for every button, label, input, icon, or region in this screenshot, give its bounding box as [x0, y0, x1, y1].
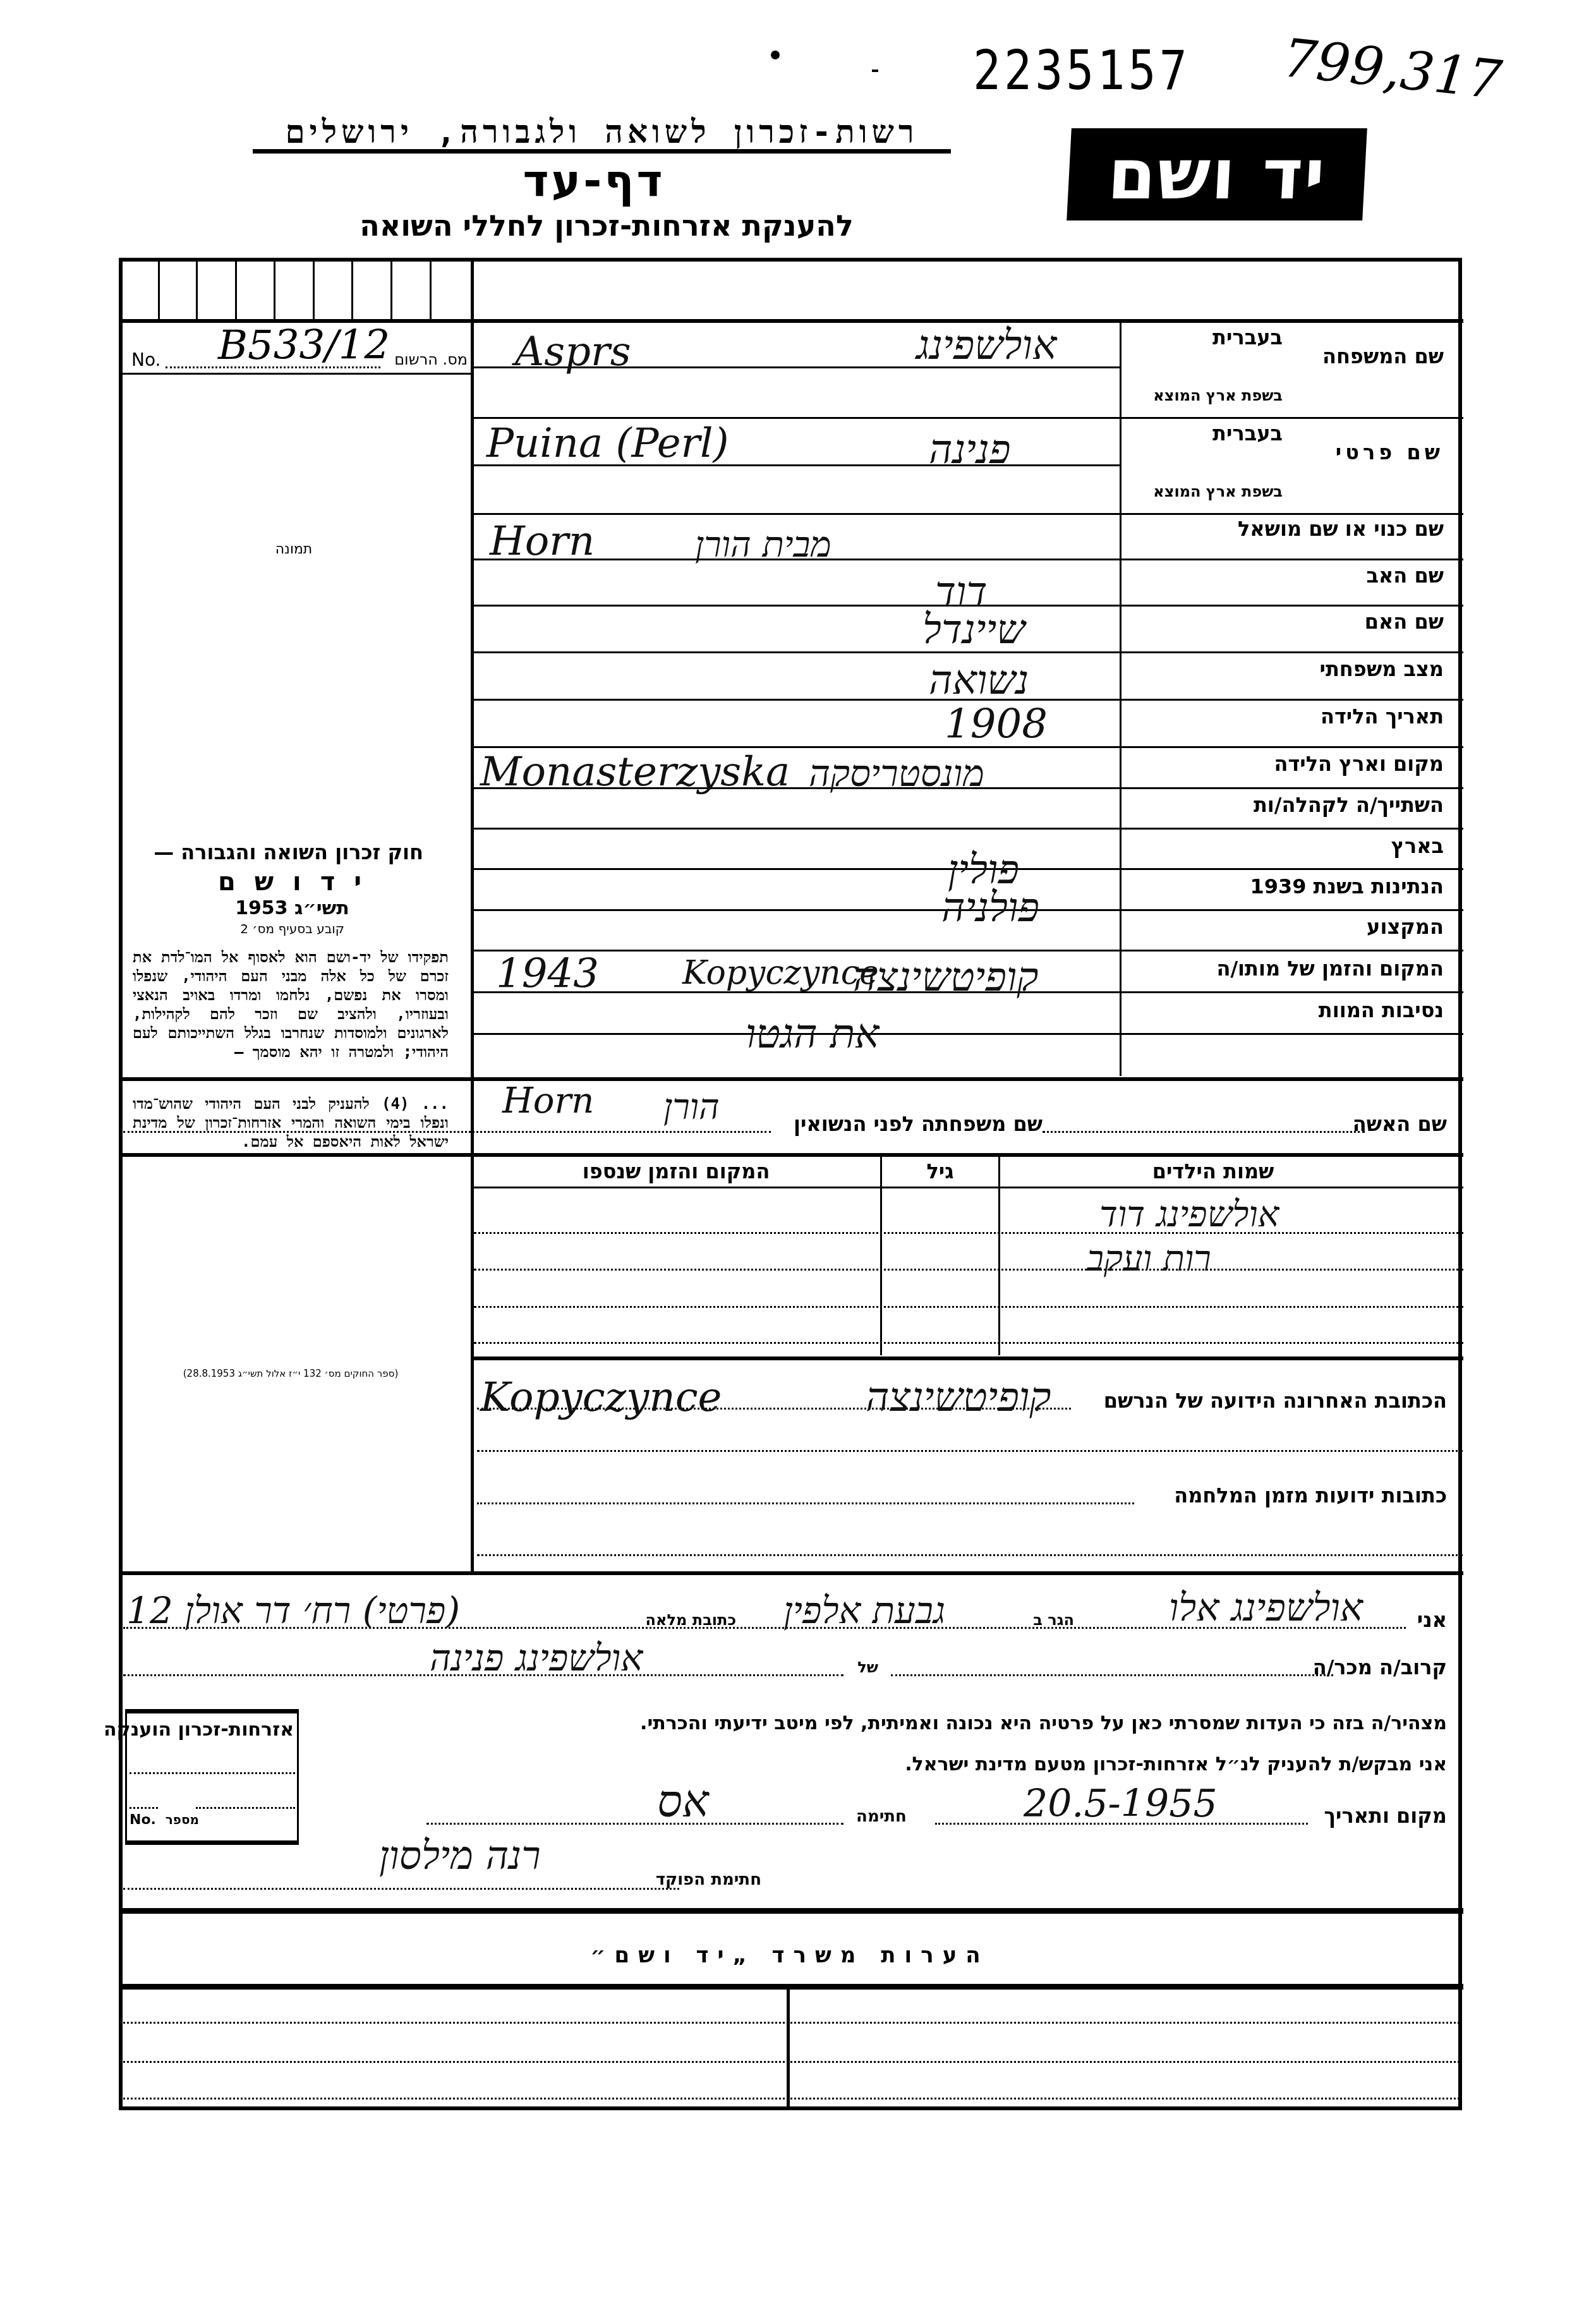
- first-name-origin-value[interactable]: Puina (Perl): [487, 420, 729, 467]
- wife-label: שם האשה: [1365, 1112, 1447, 1136]
- nickname-label: שם כנוי או שם מושאל: [1131, 517, 1444, 541]
- residence-1939-label: הנתינות בשנת 1939: [1131, 874, 1444, 898]
- strip-box-line: [430, 260, 432, 320]
- first-name-sub-hebrew: בעברית: [1137, 421, 1283, 445]
- death-circumstances-label: נסיבות המוות: [1131, 998, 1444, 1022]
- relative-label: קרוב/ה מכר/ה: [1333, 1655, 1447, 1679]
- request-text: אני מבקש/ת להעניק לנ״ל אזרחות-זכרון מטעם…: [834, 1753, 1447, 1775]
- official-signature-dots: [123, 1888, 679, 1890]
- mother-name-label: שם האם: [1131, 610, 1444, 634]
- nickname-hebrew-value[interactable]: מבית הורן: [695, 524, 831, 565]
- maiden-dots: [123, 1131, 771, 1133]
- birth-place-latin-value[interactable]: Monasterzyska: [480, 749, 790, 795]
- left-col-divider: [471, 258, 474, 1572]
- death-place-hebrew-value[interactable]: קופיטשינצה: [853, 954, 1039, 1001]
- marital-status-label: מצב משפחתי: [1131, 657, 1444, 681]
- children-row-line: [474, 1269, 1463, 1271]
- statement-text: מצהיר/ה בזה כי העדות שמסרתי כאן על פרטיה…: [524, 1712, 1447, 1734]
- birth-date-label: תאריך הלידה: [1131, 704, 1444, 728]
- profession-label: המקצוע: [1131, 915, 1444, 939]
- family-name-origin-value[interactable]: Asprs: [515, 329, 631, 375]
- law-section: קובע בסעיף מס׳ 2: [161, 921, 423, 936]
- marital-status-value[interactable]: נשואה: [929, 657, 1029, 704]
- children-row-line: [474, 1306, 1463, 1308]
- registry-row-bottom: [120, 373, 471, 375]
- logo-text: יד ושם: [1106, 134, 1328, 215]
- law-citation: (ספר החוקים מס׳ 132 י״ז אלול תשי״ג 28.8.…: [136, 1368, 445, 1379]
- of-value[interactable]: אולשפינג פנינה: [430, 1636, 643, 1679]
- family-name-hebrew-value[interactable]: אולשפינג: [916, 322, 1056, 369]
- row-sep: [474, 513, 1463, 515]
- country-label: בארץ: [1131, 834, 1444, 858]
- full-address-label: כתובת מלאה: [654, 1611, 736, 1629]
- wife-dots: [1043, 1131, 1365, 1133]
- strip-box-line: [351, 260, 353, 320]
- photo-placeholder-label: תמונה: [253, 541, 335, 557]
- wartime-address-label: כתובות ידועות מזמן המלחמה: [1137, 1483, 1447, 1507]
- death-year-value[interactable]: 1943: [496, 951, 599, 998]
- last-address-label: הכתובת האחרונה הידועה של הנרשם: [1074, 1389, 1447, 1413]
- death-place-latin-value[interactable]: Kopyczynce: [682, 954, 879, 992]
- law-paragraph-2: ... (4) להעניק לבני העם היהודי שהוש־מדו …: [133, 1094, 449, 1151]
- top-dash: [872, 69, 878, 72]
- citizenship-number-dots-2: [196, 1807, 295, 1809]
- children-header-place: המקום והזמן שנספו: [474, 1159, 878, 1183]
- last-address-dots-2: [477, 1450, 1463, 1452]
- signature-value[interactable]: אס: [657, 1775, 709, 1828]
- registry-no-label: No.: [131, 349, 160, 370]
- strip-box-line: [313, 260, 315, 320]
- citizenship-title: אזרחות-זכרון הוענקה: [130, 1719, 294, 1741]
- form-title: דף-עד: [442, 155, 746, 207]
- birth-place-label: מקום וארץ הלידה: [1131, 752, 1444, 776]
- of-label: של: [847, 1658, 878, 1676]
- section-sep-notes: [119, 1908, 1463, 1914]
- birth-date-value[interactable]: 1908: [945, 701, 1048, 748]
- law-name: י ד ו ש ם: [161, 867, 423, 897]
- maiden-hebrew-value[interactable]: הורן: [663, 1087, 720, 1128]
- yad-vashem-logo: יד ושם: [1067, 128, 1367, 221]
- family-name-sub-hebrew: בעברית: [1137, 325, 1283, 349]
- wartime-address-dots-2: [477, 1554, 1463, 1556]
- death-circumstances-value[interactable]: את הגטו: [746, 1011, 879, 1058]
- section-sep-address: [474, 1356, 1463, 1360]
- family-name-sub-origin: בשפת ארץ המוצא: [1137, 387, 1283, 404]
- birth-place-hebrew-value[interactable]: מונסטריסקה: [809, 752, 984, 795]
- last-address-hebrew-value[interactable]: קופיטשינצה: [866, 1374, 1051, 1421]
- child-name-1[interactable]: אולשפינג דוד: [1099, 1194, 1279, 1235]
- children-row-line: [474, 1232, 1463, 1234]
- notes-line: [123, 2061, 1460, 2063]
- section-sep-children: [119, 1153, 1463, 1157]
- last-address-latin-value[interactable]: Kopyczynce: [480, 1374, 722, 1421]
- signature-label: חתימה: [847, 1807, 907, 1826]
- notes-header-bottom: [119, 1984, 1463, 1990]
- children-header-bottom: [474, 1187, 1463, 1188]
- citizenship-no-label: No.: [130, 1812, 156, 1828]
- row-sep: [474, 828, 1463, 830]
- section-sep-declaration: [119, 1571, 1463, 1575]
- children-header-age: גיל: [883, 1159, 997, 1183]
- first-name-hebrew-value[interactable]: פנינה: [929, 426, 1010, 473]
- signature-dots: [426, 1823, 843, 1825]
- form-subtitle: להענקת אזרחות-זכרון לחללי השואה: [329, 208, 885, 243]
- law-title: חוק זכרון השואה והגבורה —: [161, 840, 423, 864]
- row-sep: [474, 559, 1463, 560]
- official-signature-label: חתימת הפוקד: [682, 1870, 761, 1889]
- row-sep: [474, 1033, 1463, 1035]
- registry-label: מס. הרשום: [382, 351, 468, 368]
- father-name-label: שם האב: [1131, 564, 1444, 588]
- first-name-sub-origin: בשפת ארץ המוצא: [1137, 483, 1283, 500]
- section-sep-wife: [119, 1077, 1463, 1081]
- mother-name-value[interactable]: שיינדל: [922, 607, 1025, 653]
- child-name-2[interactable]: רות ועקב: [1087, 1238, 1211, 1279]
- resident-label: הגר ב: [1017, 1611, 1074, 1629]
- resident-value[interactable]: גבעת אלפין: [783, 1589, 945, 1632]
- death-place-label: המקום והזמן של מותו/ה: [1131, 957, 1444, 981]
- citizenship-number-label: מספר: [161, 1812, 199, 1827]
- place-date-label: מקום ותאריך: [1308, 1804, 1447, 1828]
- strip-box-line: [196, 260, 198, 320]
- children-row-line: [474, 1342, 1463, 1344]
- notes-title: הערות משרד „יד ושם״: [556, 1943, 1024, 1968]
- wartime-address-dots: [477, 1502, 1134, 1504]
- community-label: השתייך/ה לקהלה/ות: [1131, 793, 1444, 817]
- notes-line: [123, 2098, 1460, 2099]
- top-mark: [771, 51, 780, 59]
- law-year: תשי״ג 1953: [161, 897, 423, 919]
- maiden-latin-value[interactable]: Horn: [502, 1080, 594, 1121]
- citizenship-number-dots: [130, 1807, 158, 1809]
- strip-box-line: [390, 260, 392, 320]
- full-address-value[interactable]: (פרטי) רח׳ דר אולן 12: [126, 1589, 460, 1632]
- children-header-names: שמות הילדים: [1001, 1159, 1425, 1183]
- residence-1939-value[interactable]: פולניה: [941, 885, 1039, 931]
- strip-box-line: [158, 260, 160, 320]
- declarant-value[interactable]: אולשפינג אלו: [1169, 1586, 1363, 1630]
- stamp-number: 2235157: [973, 39, 1190, 102]
- registry-number-field[interactable]: B533/12: [218, 322, 390, 369]
- row-sep: [474, 417, 1463, 419]
- relative-dots: [891, 1674, 1333, 1676]
- official-signature-value[interactable]: רנה מילסון: [379, 1832, 541, 1879]
- row-sep: [474, 950, 1463, 952]
- nickname-latin-value[interactable]: Horn: [490, 518, 595, 565]
- maiden-name-label: שם משפחתה לפני הנשואין: [771, 1112, 1043, 1136]
- authority-name: רשות-זכרון לשואה ולגבורה, ירושלים: [253, 114, 951, 150]
- strip-box-line: [235, 260, 237, 320]
- declarant-label: אני: [1409, 1608, 1447, 1632]
- notes-col-divider: [787, 1987, 790, 2107]
- place-date-value[interactable]: 20.5-1955: [1024, 1782, 1218, 1826]
- strip-box-line: [274, 260, 275, 320]
- handwritten-ref: 799,317: [1280, 27, 1505, 111]
- law-paragraph-1: תפקידו של יד-ושם הוא לאסוף אל המו־לדת את…: [133, 948, 449, 1061]
- notes-line: [123, 2022, 1460, 2024]
- authority-underline: [253, 149, 951, 154]
- citizenship-dots: [130, 1772, 295, 1774]
